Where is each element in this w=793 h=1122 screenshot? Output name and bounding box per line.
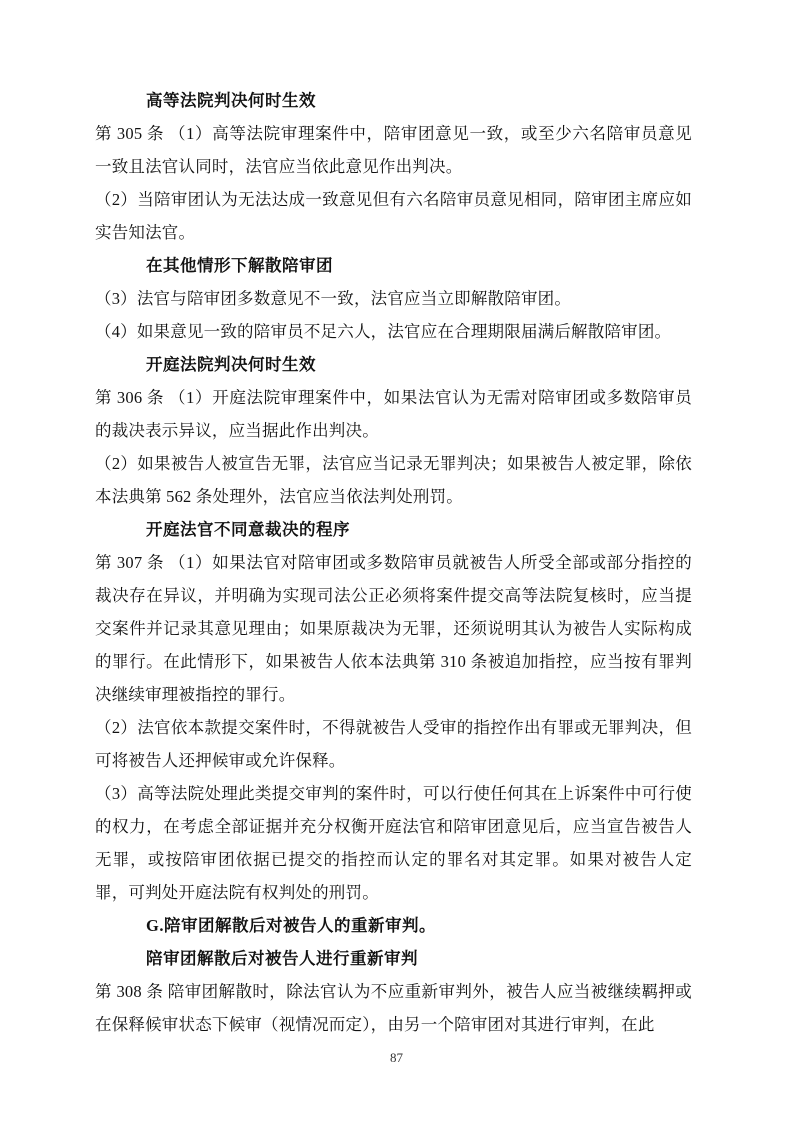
- paragraph-article-307-2: （2）法官依本款提交案件时，不得就被告人受审的指控作出有罪或无罪判决，但可将被告…: [95, 711, 692, 777]
- section-heading: 陪审团解散后对被告人进行重新审判: [95, 942, 692, 975]
- paragraph-article-306-2: （2）如果被告人被宣告无罪，法官应当记录无罪判决；如果被告人被定罪，除依本法典第…: [95, 447, 692, 513]
- paragraph-article-305-3: （3）法官与陪审团多数意见不一致，法官应当立即解散陪审团。: [95, 282, 692, 315]
- paragraph-article-305-1: 第 305 条 （1）高等法院审理案件中，陪审团意见一致，或至少六名陪审员意见一…: [95, 117, 692, 183]
- document-body: 高等法院判决何时生效 第 305 条 （1）高等法院审理案件中，陪审团意见一致，…: [95, 84, 692, 1041]
- paragraph-article-307-3: （3）高等法院处理此类提交审判的案件时，可以行使任何其在上诉案件中可行使的权力，…: [95, 777, 692, 909]
- section-heading: 开庭法官不同意裁决的程序: [95, 513, 692, 546]
- paragraph-article-307-1: 第 307 条 （1）如果法官对陪审团或多数陪审员就被告人所受全部或部分指控的裁…: [95, 546, 692, 711]
- paragraph-article-306-1: 第 306 条 （1）开庭法院审理案件中，如果法官认为无需对陪审团或多数陪审员的…: [95, 381, 692, 447]
- document-page: 高等法院判决何时生效 第 305 条 （1）高等法院审理案件中，陪审团意见一致，…: [0, 0, 793, 1122]
- paragraph-article-308: 第 308 条 陪审团解散时，除法官认为不应重新审判外，被告人应当被继续羁押或在…: [95, 975, 692, 1041]
- section-heading: 开庭法院判决何时生效: [95, 348, 692, 381]
- section-heading: 在其他情形下解散陪审团: [95, 249, 692, 282]
- section-heading-letter-g: G.陪审团解散后对被告人的重新审判。: [95, 909, 692, 942]
- page-number: 87: [0, 1050, 793, 1066]
- paragraph-article-305-4: （4）如果意见一致的陪审员不足六人，法官应在合理期限届满后解散陪审团。: [95, 315, 692, 348]
- section-heading: 高等法院判决何时生效: [95, 84, 692, 117]
- paragraph-article-305-2: （2）当陪审团认为无法达成一致意见但有六名陪审员意见相同，陪审团主席应如实告知法…: [95, 183, 692, 249]
